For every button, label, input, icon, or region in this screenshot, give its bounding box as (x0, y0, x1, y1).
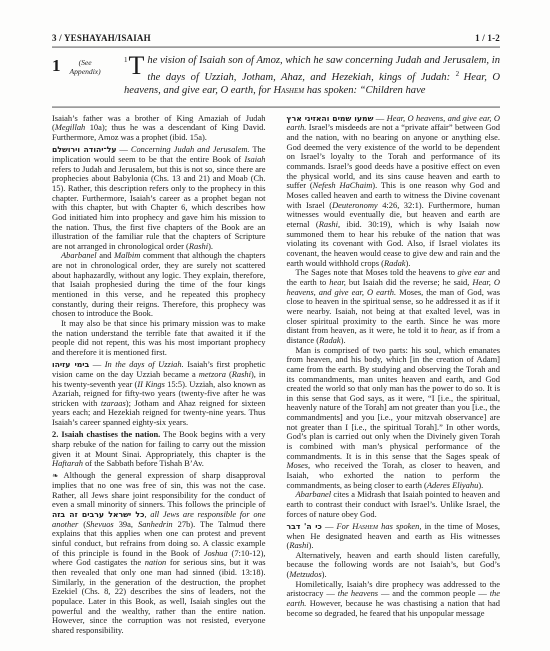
text-segment: Abarbanel (61, 250, 97, 260)
text-segment: he vision of Isaiah son of Amoz, which h… (147, 55, 500, 83)
text-segment: Although the general expression of sharp… (52, 470, 266, 509)
hebrew-phrase: בימי עזיהו (52, 360, 89, 369)
text-segment: Aderes Eliyahu (427, 480, 478, 490)
text-segment: has spoken: “Children have (304, 85, 425, 96)
commentary-paragraph: Homiletically, Isaiah’s dire prophecy wa… (287, 580, 501, 619)
text-segment: For (337, 521, 353, 531)
text-segment: Radak (384, 258, 406, 268)
chapter-number: 1 (52, 57, 61, 74)
text-segment: Concerning Judah and Jerusalem. (131, 144, 250, 154)
commentary-right-column: שמעו שמים והאזיני ארץ — Hear, O heavens,… (287, 114, 501, 636)
text-segment: ). (478, 480, 483, 490)
text-segment: Haftarah (52, 458, 83, 468)
text-segment: has spoken, (378, 521, 421, 531)
commentary-paragraph: Isaiah’s father was a brother of King Am… (52, 114, 266, 143)
text-segment: 10a); thus he was a descendant of King D… (52, 122, 266, 142)
verse-dropcap: 1T (124, 54, 144, 79)
text-segment: Metzudos (289, 569, 321, 579)
commentary-paragraph: בימי עזיהו — In the days of Uzziah. Isai… (52, 360, 266, 428)
divider-rule-bottom (52, 106, 500, 108)
text-segment: — (373, 113, 386, 123)
text-segment: ). (322, 569, 327, 579)
commentary-paragraph: כי ה' דבר — For Hashem has spoken, in th… (287, 522, 501, 551)
text-segment: and (97, 250, 114, 260)
commentary-paragraph: Abarbanel cites a Midrash that Isaiah po… (287, 490, 501, 519)
see-appendix-note: (SeeAppendix) (70, 59, 101, 77)
text-segment: 39a, (114, 519, 138, 529)
text-segment: Malbim (114, 250, 140, 260)
hebrew-phrase: כל ישראל ערבים זה בזה (52, 510, 144, 519)
text-segment: Rashi (232, 369, 251, 379)
verse-body: he vision of Isaiah son of Amoz, which h… (124, 55, 500, 96)
text-segment: 2. Isaiah chastises the nation. (52, 429, 160, 439)
text-segment: the heavens (338, 588, 378, 598)
text-segment: Radak (319, 335, 341, 345)
text-segment: Hashem (352, 521, 378, 531)
commentary-paragraph: Abarbanel and Malbim comment that althou… (52, 251, 266, 319)
text-segment: hear, (329, 277, 346, 287)
text-segment: Shevuos (86, 519, 114, 529)
text-segment: Hashem (273, 85, 304, 96)
text-segment: Rashi, (319, 219, 340, 229)
commentary-paragraph: 2. Isaiah chastises the nation. The Book… (52, 430, 266, 469)
commentary-paragraph: Alternatively, heaven and earth should l… (287, 551, 501, 580)
text-segment: give ear (457, 267, 485, 277)
text-segment: ). (406, 258, 411, 268)
text-segment: Sanhedrin (138, 519, 173, 529)
text-segment: comment that although the chapters are n… (52, 250, 266, 318)
text-segment: II Kings (137, 379, 165, 389)
hebrew-phrase: על־יהודה וירושלם (52, 145, 116, 154)
text-segment: Rashi (289, 540, 308, 550)
text-segment: It may also be that since his primary mi… (52, 318, 266, 357)
text-segment: In the days of Uzziah. (105, 359, 184, 369)
text-segment: ). (309, 540, 314, 550)
text-segment: — (322, 521, 337, 531)
header-page-ref: 1 / 1-2 (475, 33, 500, 43)
verse-number-superscript: 2 (456, 70, 464, 78)
text-segment: but Isaiah did the reverse; he said, (346, 277, 472, 287)
text-segment: of the Sabbath before Tishah B’Av. (83, 458, 204, 468)
text-segment: — (89, 359, 104, 369)
text-segment: Joshua (204, 548, 228, 558)
commentary-paragraph: It may also be that since his primary mi… (52, 319, 266, 358)
text-segment: Rashi (189, 241, 208, 251)
text-segment: Abarbanel (296, 489, 332, 499)
text-segment: Moses, (287, 460, 311, 470)
text-segment: Isaiah (244, 154, 265, 164)
page-header: 3 / YESHAYAH/ISAIAH 1 / 1-2 (52, 33, 500, 43)
text-segment: Nefesh HaChaim (313, 180, 373, 190)
hebrew-phrase: שמעו שמים והאזיני ארץ (287, 114, 374, 123)
commentary-paragraph: ❧ Although the general expression of sha… (52, 471, 266, 635)
commentary-paragraph: Man is comprised of two parts: his soul,… (287, 346, 501, 491)
text-segment: — and the common people — (378, 588, 490, 598)
text-segment: ). (208, 241, 213, 251)
verse-number-superscript: 1 (124, 56, 128, 64)
header-book-title: 3 / YESHAYAH/ISAIAH (52, 33, 151, 43)
commentary-paragraph: The Sages note that Moses told the heave… (287, 268, 501, 345)
verse-block: 1 (SeeAppendix) 1The vision of Isaiah so… (52, 48, 500, 103)
text-segment: — (116, 144, 130, 154)
commentary-columns: Isaiah’s father was a brother of King Am… (52, 114, 500, 636)
text-segment: Deuteronomy (332, 200, 378, 210)
text-segment: ). (341, 335, 346, 345)
text-segment: ( (78, 519, 86, 529)
book-page: 3 / YESHAYAH/ISAIAH 1 / 1-2 1 (SeeAppend… (0, 0, 550, 636)
commentary-paragraph: שמעו שמים והאזיני ארץ — Hear, O heavens,… (287, 114, 501, 269)
commentary-left-column: Isaiah’s father was a brother of King Am… (52, 114, 266, 636)
text-segment: The Sages note that Moses told the heave… (296, 267, 458, 277)
hebrew-phrase: כי ה' דבר (287, 522, 322, 531)
text-segment: Man is comprised of two parts: his soul,… (287, 345, 501, 461)
text-segment: tzaraas (101, 398, 126, 408)
text-segment: hear, (440, 325, 457, 335)
chapter-block: 1 (SeeAppendix) (52, 54, 124, 98)
text-segment: metzora (199, 369, 226, 379)
commentary-paragraph: על־יהודה וירושלם — Concerning Judah and … (52, 145, 266, 251)
text-segment: nation (145, 557, 167, 567)
text-segment: Megillah (55, 122, 85, 132)
text-segment: for serious sins, but it was then reveal… (52, 557, 266, 635)
verse-text: 1The vision of Isaiah son of Amoz, which… (124, 54, 500, 98)
text-segment: refers to Judah and Jerusalem, but this … (52, 164, 266, 251)
text-segment: However, because he was chastising a nat… (287, 598, 501, 618)
